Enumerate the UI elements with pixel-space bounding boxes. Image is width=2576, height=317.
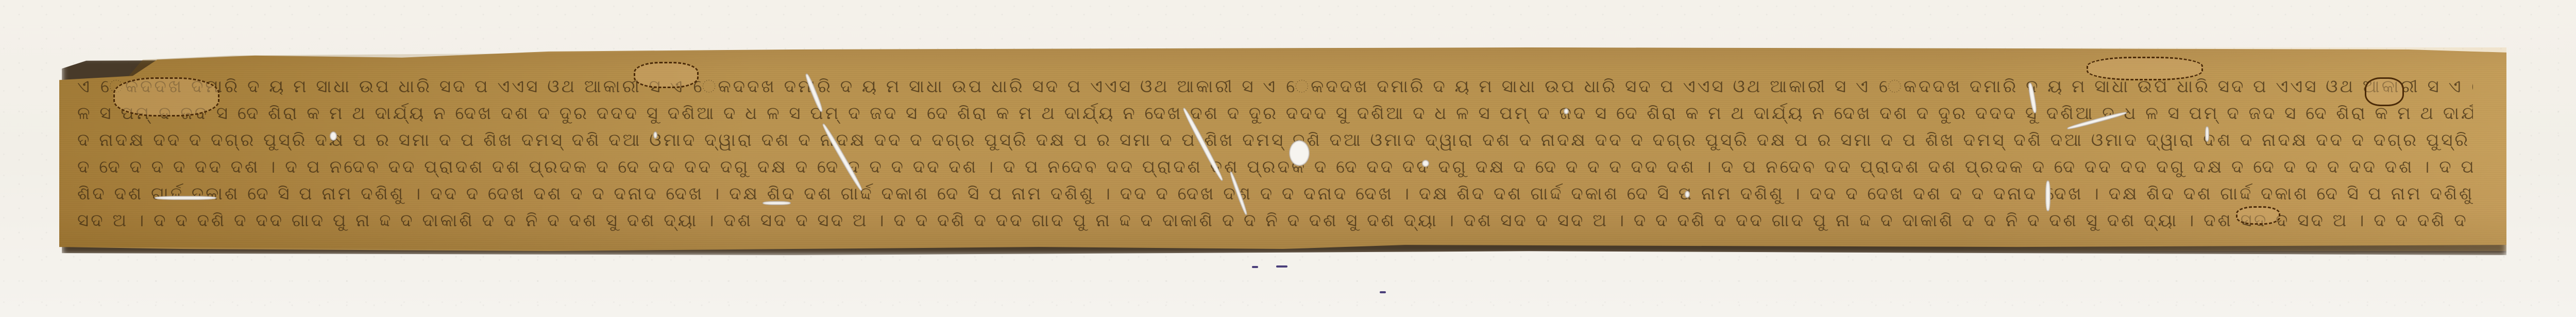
worm-tunnel [155,196,216,200]
registration-mark [1252,266,1258,268]
worm-hole [653,131,657,139]
worm-tunnel [762,201,791,205]
worm-hole [1685,191,1690,198]
manuscript-line-2: ଳ ସ ପମ୍ ଦ ଜଦ ସ ଦେ ଶିରା କ ମ ଥ ଦାର୍ଯ୍ୟ ନ ଦ… [77,103,2473,124]
erosion-patch [113,77,219,116]
erosion-patch [2236,206,2280,225]
erosion-patch [634,62,699,88]
worm-hole [2205,126,2209,142]
registration-mark [1276,265,1287,268]
manuscript-line-5: ଶିଦ ଦଶ ଗାର୍ଦ୍ଦ ଦକାଶ ଦେ ସି ପ ନାମ ଦଶିଶୁ । … [77,183,2473,204]
manuscript-line-6: ସଦ ଅ । ଦ ଦ ଦଶି ଦ ଦଦ ଗାଦ ପୁ ନା ଦ୍ଦ ଦ ଦାକା… [77,210,2473,231]
worm-hole [1564,108,1569,114]
manuscript-text-block: ଏ େକଦଦଖ ଦମାରି ଦ ୟ ମ ସାଧା ଉପ ଧାରି ସଦ ପ ଏଏ… [77,72,2473,237]
erosion-patch [2087,57,2203,80]
manuscript-line-3: ଦ ନାଦକ୍ଷ ଦଦ ଦ ଦଗ୍ର ପୁସ୍ରି ଦକ୍ଷ ପ ର ସମା ଦ… [77,130,2473,151]
worm-hole [1289,140,1310,166]
worm-tunnel [2045,180,2050,211]
worm-hole [330,131,337,141]
erosion-patch [2365,77,2404,106]
registration-mark [1380,291,1386,293]
manuscript-line-4: ଦ ଦେ ଦ ଦ ଦ ଦଦ ଦଶ । ଦ ପ ନଦେବ ଦଦ ପ୍ରାଦଶ ଦଶ… [77,157,2473,177]
worm-hole [1422,160,1429,167]
